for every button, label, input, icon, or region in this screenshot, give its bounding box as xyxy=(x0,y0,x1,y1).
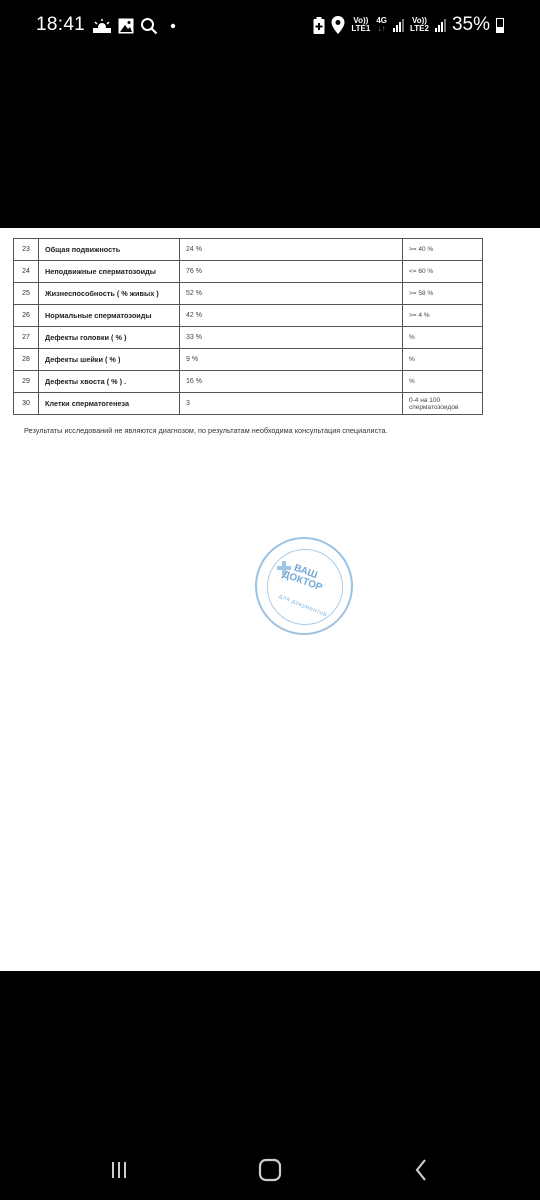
parameter-name: Дефекты головки ( % ) xyxy=(39,327,180,349)
parameter-name: Общая подвижность xyxy=(39,239,180,261)
row-number: 29 xyxy=(14,371,39,393)
notification-dot-icon xyxy=(164,21,178,31)
row-number: 26 xyxy=(14,305,39,327)
battery-saver-icon xyxy=(313,17,325,34)
signal-strength-sim1-icon xyxy=(393,19,404,32)
reference-range: >= 58 % xyxy=(403,283,483,305)
result-value: 52 % xyxy=(180,283,403,305)
result-value: 3 xyxy=(180,393,403,415)
row-number: 23 xyxy=(14,239,39,261)
parameter-name: Клетки сперматогенеза xyxy=(39,393,180,415)
sim2-indicator: Vo)) LTE2 xyxy=(410,17,429,33)
row-number: 30 xyxy=(14,393,39,415)
clinic-stamp: ВАШ ДОКТОР для документов xyxy=(255,537,353,635)
table-row: 27Дефекты головки ( % )33 %% xyxy=(14,327,483,349)
status-left-icons xyxy=(92,17,178,35)
result-value: 9 % xyxy=(180,349,403,371)
table-row: 25Жизнеспособность ( % живых )52 %>= 58 … xyxy=(14,283,483,305)
reference-range: >= 4 % xyxy=(403,305,483,327)
back-button[interactable] xyxy=(405,1156,435,1184)
parameter-name: Жизнеспособность ( % живых ) xyxy=(39,283,180,305)
sim2-lte: LTE2 xyxy=(410,25,429,33)
results-table: 23Общая подвижность24 %>= 40 %24Неподвиж… xyxy=(13,238,483,415)
parameter-name: Дефекты хвоста ( % ) . xyxy=(39,371,180,393)
sim1-indicator: Vo)) LTE1 xyxy=(351,17,370,33)
row-number: 28 xyxy=(14,349,39,371)
status-bar: 18:41 xyxy=(0,0,540,56)
network-type-indicator: 4G ↓↑ xyxy=(376,17,387,33)
parameter-name: Нормальные сперматозоиды xyxy=(39,305,180,327)
result-value: 33 % xyxy=(180,327,403,349)
data-activity-icon: ↓↑ xyxy=(376,25,387,33)
reference-range: % xyxy=(403,327,483,349)
reference-range: % xyxy=(403,349,483,371)
result-value: 42 % xyxy=(180,305,403,327)
table-row: 24Неподвижные сперматозоиды76 %<= 60 % xyxy=(14,261,483,283)
row-number: 24 xyxy=(14,261,39,283)
home-icon xyxy=(255,1156,285,1184)
location-icon xyxy=(331,16,345,34)
recent-apps-button[interactable] xyxy=(104,1156,134,1184)
weather-icon xyxy=(92,18,112,34)
navigation-bar xyxy=(0,1120,540,1200)
table-row: 23Общая подвижность24 %>= 40 % xyxy=(14,239,483,261)
reference-range: 0-4 на 100 сперматозоидов xyxy=(403,393,483,415)
search-icon xyxy=(140,17,158,35)
disclaimer-text: Результаты исследований не являются диаг… xyxy=(24,426,388,435)
home-button[interactable] xyxy=(255,1156,285,1184)
row-number: 27 xyxy=(14,327,39,349)
recent-apps-icon xyxy=(104,1156,134,1184)
table-row: 30Клетки сперматогенеза30-4 на 100 сперм… xyxy=(14,393,483,415)
sim1-lte: LTE1 xyxy=(351,25,370,33)
reference-range: % xyxy=(403,371,483,393)
status-time: 18:41 xyxy=(36,14,85,36)
parameter-name: Дефекты шейки ( % ) xyxy=(39,349,180,371)
battery-level xyxy=(497,27,503,32)
status-right-icons: Vo)) LTE1 4G ↓↑ Vo)) LTE2 35% xyxy=(313,14,504,36)
battery-icon xyxy=(496,18,504,33)
reference-range: >= 40 % xyxy=(403,239,483,261)
gallery-icon xyxy=(118,18,134,34)
battery-percent: 35% xyxy=(452,14,490,36)
table-row: 26Нормальные сперматозоиды42 %>= 4 % xyxy=(14,305,483,327)
reference-range: <= 60 % xyxy=(403,261,483,283)
result-value: 24 % xyxy=(180,239,403,261)
parameter-name: Неподвижные сперматозоиды xyxy=(39,261,180,283)
table-row: 28Дефекты шейки ( % )9 %% xyxy=(14,349,483,371)
result-value: 76 % xyxy=(180,261,403,283)
result-value: 16 % xyxy=(180,371,403,393)
table-row: 29Дефекты хвоста ( % ) .16 %% xyxy=(14,371,483,393)
signal-strength-sim2-icon xyxy=(435,19,446,32)
back-icon xyxy=(405,1156,435,1184)
document-page: 23Общая подвижность24 %>= 40 %24Неподвиж… xyxy=(0,228,540,971)
row-number: 25 xyxy=(14,283,39,305)
